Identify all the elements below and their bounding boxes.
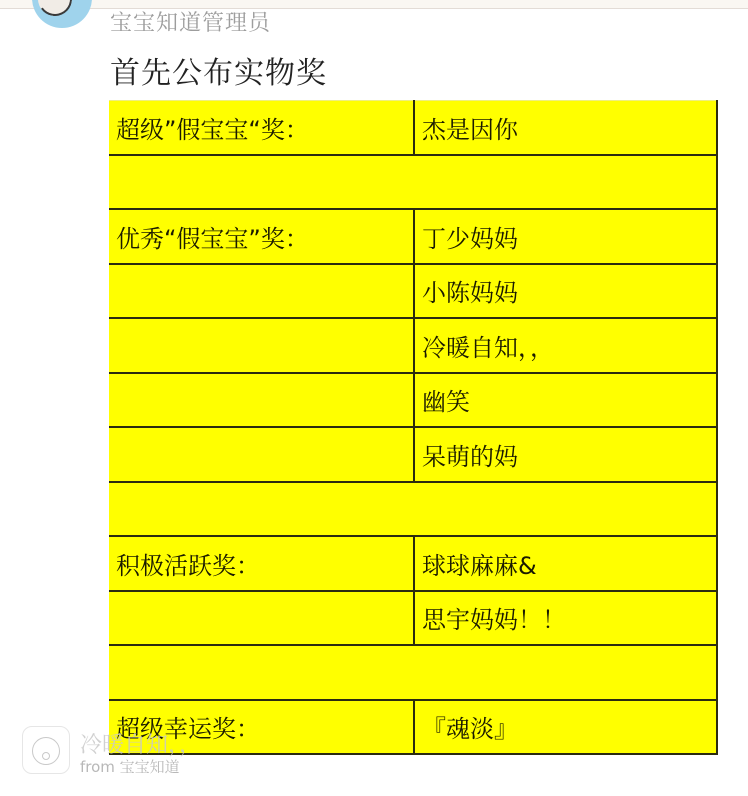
empty-cell (109, 645, 717, 700)
award-label (109, 318, 414, 373)
avatar-face-icon (35, 0, 74, 19)
award-label: 超级”假宝宝“奖： (109, 101, 414, 155)
post-headline: 首先公布实物奖 (110, 48, 327, 92)
table-row-spacer (109, 482, 717, 537)
watermark-username: 冷暖自知，， (80, 728, 201, 759)
award-label: 积极活跃奖： (109, 536, 414, 591)
winner-name: 呆萌的妈 (414, 427, 717, 482)
table-row: 小陈妈妈 (109, 264, 717, 319)
winner-name: 小陈妈妈 (414, 264, 717, 319)
image-watermark: 冷暖自知，， from 宝宝知道 (22, 726, 222, 782)
winner-name: 冷暖自知，， (414, 318, 717, 373)
table-row-spacer (109, 645, 717, 700)
award-label (109, 427, 414, 482)
author-avatar[interactable] (32, 0, 92, 28)
table-row: 冷暖自知，， (109, 318, 717, 373)
winner-name: 球球麻麻& (414, 536, 717, 591)
table-row: 优秀“假宝宝”奖： 丁少妈妈 (109, 209, 717, 264)
table-row: 幽笑 (109, 373, 717, 428)
table-row: 思宇妈妈！！ (109, 591, 717, 646)
winner-name: 『魂淡』 (414, 700, 717, 755)
winner-name: 思宇妈妈！！ (414, 591, 717, 646)
award-label (109, 373, 414, 428)
table-row: 呆萌的妈 (109, 427, 717, 482)
empty-cell (109, 482, 717, 537)
award-table: 超级”假宝宝“奖： 杰是因你 优秀“假宝宝”奖： 丁少妈妈 小陈妈妈 冷暖自知，… (109, 100, 718, 755)
empty-cell (109, 155, 717, 210)
award-label (109, 264, 414, 319)
winner-name: 丁少妈妈 (414, 209, 717, 264)
table-row: 积极活跃奖： 球球麻麻& (109, 536, 717, 591)
winner-name: 幽笑 (414, 373, 717, 428)
baby-head-shape (32, 737, 60, 765)
table-row-spacer (109, 155, 717, 210)
watermark-source: from 宝宝知道 (80, 756, 180, 777)
award-label: 优秀“假宝宝”奖： (109, 209, 414, 264)
winner-name: 杰是因你 (414, 101, 717, 155)
author-name[interactable]: 宝宝知道管理员 (110, 6, 271, 37)
baby-mouth-shape (42, 752, 50, 760)
baby-face-icon (22, 726, 70, 774)
table-row: 超级”假宝宝“奖： 杰是因你 (109, 101, 717, 155)
award-label (109, 591, 414, 646)
